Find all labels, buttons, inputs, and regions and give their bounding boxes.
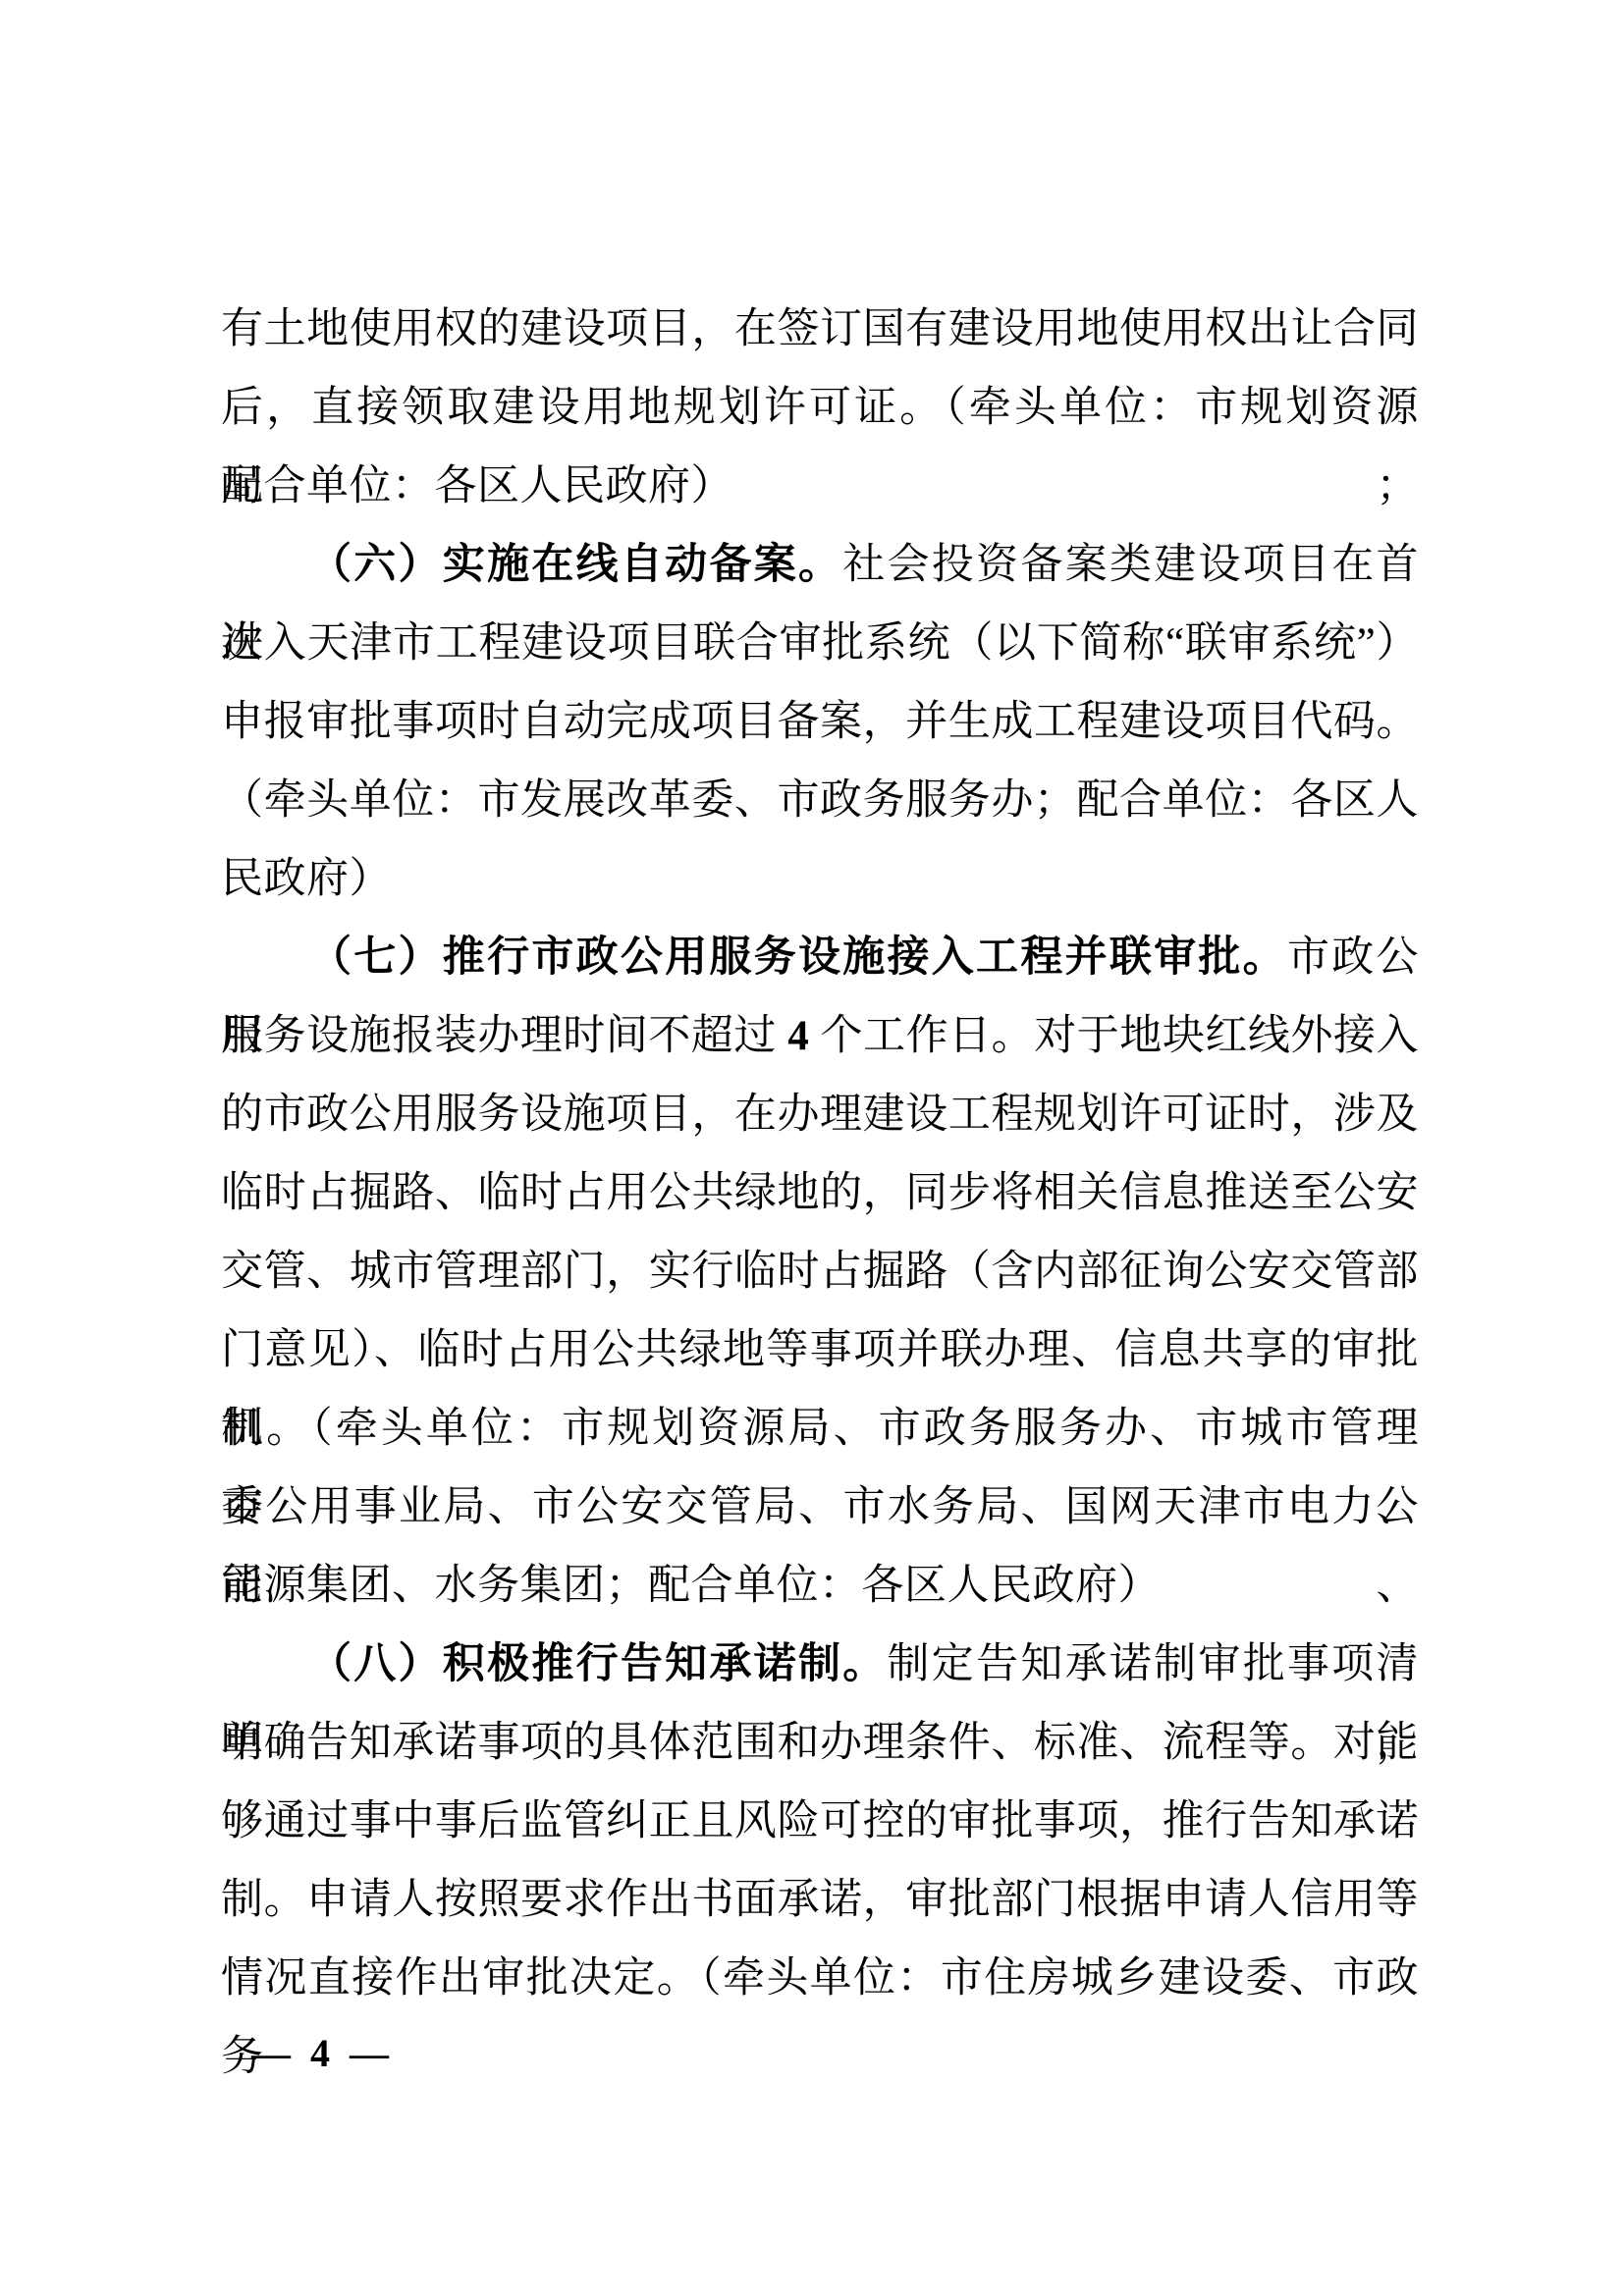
text-segment: 够通过事中事后监管纠正且风险可控的审批事项，推行告知承诺: [221, 1798, 1419, 1844]
text-segment: 情况直接作出审批决定。（牵头单位：市住房城乡建设委、市政务: [221, 1955, 1419, 2080]
text-segment: 申报审批事项时自动完成项目备案，并生成工程建设项目代码。: [221, 699, 1419, 745]
text-line: 交管、城市管理部门，实行临时占掘路（含内部征询公安交管部: [221, 1233, 1419, 1311]
emphasis-segment: （七）推行市政公用服务设施接入工程并联审批。: [309, 934, 1287, 981]
text-segment: 个工作日。对于地块红线外接入: [809, 1013, 1419, 1059]
text-segment: 的市政公用服务设施项目，在办理建设工程规划许可证时，涉及: [221, 1092, 1419, 1138]
text-line: 市公用事业局、市公安交管局、市水务局、国网天津市电力公司、: [221, 1468, 1419, 1547]
text-segment: 临时占掘路、临时占用公共绿地的，同步将相关信息推送至公安: [221, 1170, 1419, 1216]
text-line: 民政府）: [221, 840, 1419, 919]
text-line: 够通过事中事后监管纠正且风险可控的审批事项，推行告知承诺: [221, 1783, 1419, 1861]
document-body: 有土地使用权的建设项目，在签订国有建设用地使用权出让合同后，直接领取建设用地规划…: [221, 291, 1419, 2018]
text-line: 制。（牵头单位：市规划资源局、市政务服务办、市城市管理委、: [221, 1390, 1419, 1468]
emphasis-segment: （八）积极推行告知承诺制。: [309, 1641, 888, 1687]
text-segment: 配合单位：各区人民政府）: [221, 463, 733, 509]
text-line: 门意见）、临时占用公共绿地等事项并联办理、信息共享的审批机: [221, 1311, 1419, 1390]
text-line: （七）推行市政公用服务设施接入工程并联审批。市政公用: [221, 919, 1419, 997]
text-segment: 交管、城市管理部门，实行临时占掘路（含内部征询公安交管部: [221, 1249, 1419, 1295]
text-segment: 服务设施报装办理时间不超过: [221, 1013, 787, 1059]
text-line: （六）实施在线自动备案。社会投资备案类建设项目在首次: [221, 526, 1419, 605]
text-line: 有土地使用权的建设项目，在签订国有建设用地使用权出让合同: [221, 291, 1419, 369]
page-number: — 4 —: [251, 2028, 394, 2079]
text-segment: 能源集团、水务集团；配合单位：各区人民政府）: [221, 1563, 1161, 1609]
text-line: 制。申请人按照要求作出书面承诺，审批部门根据申请人信用等: [221, 1861, 1419, 1940]
text-segment: 制。申请人按照要求作出书面承诺，审批部门根据申请人信用等: [221, 1877, 1419, 1923]
text-segment: 进入天津市工程建设项目联合审批系统（以下简称“联审系统”）: [221, 620, 1419, 667]
text-segment: 有土地使用权的建设项目，在签订国有建设用地使用权出让合同: [221, 306, 1419, 352]
text-line: 临时占掘路、临时占用公共绿地的，同步将相关信息推送至公安: [221, 1154, 1419, 1233]
text-line: 后，直接领取建设用地规划许可证。（牵头单位：市规划资源局；: [221, 369, 1419, 448]
text-line: 的市政公用服务设施项目，在办理建设工程规划许可证时，涉及: [221, 1076, 1419, 1154]
emphasis-segment: 4: [787, 1013, 809, 1059]
text-segment: 明确告知承诺事项的具体范围和办理条件、标准、流程等。对能: [221, 1720, 1419, 1766]
document-page: 有土地使用权的建设项目，在签订国有建设用地使用权出让合同后，直接领取建设用地规划…: [0, 0, 1624, 2296]
text-segment: 民政府）: [221, 856, 392, 902]
text-line: 服务设施报装办理时间不超过 4 个工作日。对于地块红线外接入: [221, 997, 1419, 1076]
text-line: （牵头单位：市发展改革委、市政务服务办；配合单位：各区人: [221, 762, 1419, 840]
text-segment: （牵头单位：市发展改革委、市政务服务办；配合单位：各区人: [221, 777, 1419, 824]
text-line: 情况直接作出审批决定。（牵头单位：市住房城乡建设委、市政务: [221, 1940, 1419, 2018]
text-line: 申报审批事项时自动完成项目备案，并生成工程建设项目代码。: [221, 683, 1419, 762]
text-line: （八）积极推行告知承诺制。制定告知承诺制审批事项清单，: [221, 1626, 1419, 1704]
text-line: 进入天津市工程建设项目联合审批系统（以下简称“联审系统”）: [221, 605, 1419, 683]
emphasis-segment: （六）实施在线自动备案。: [309, 542, 842, 588]
text-line: 明确告知承诺事项的具体范围和办理条件、标准、流程等。对能: [221, 1704, 1419, 1783]
